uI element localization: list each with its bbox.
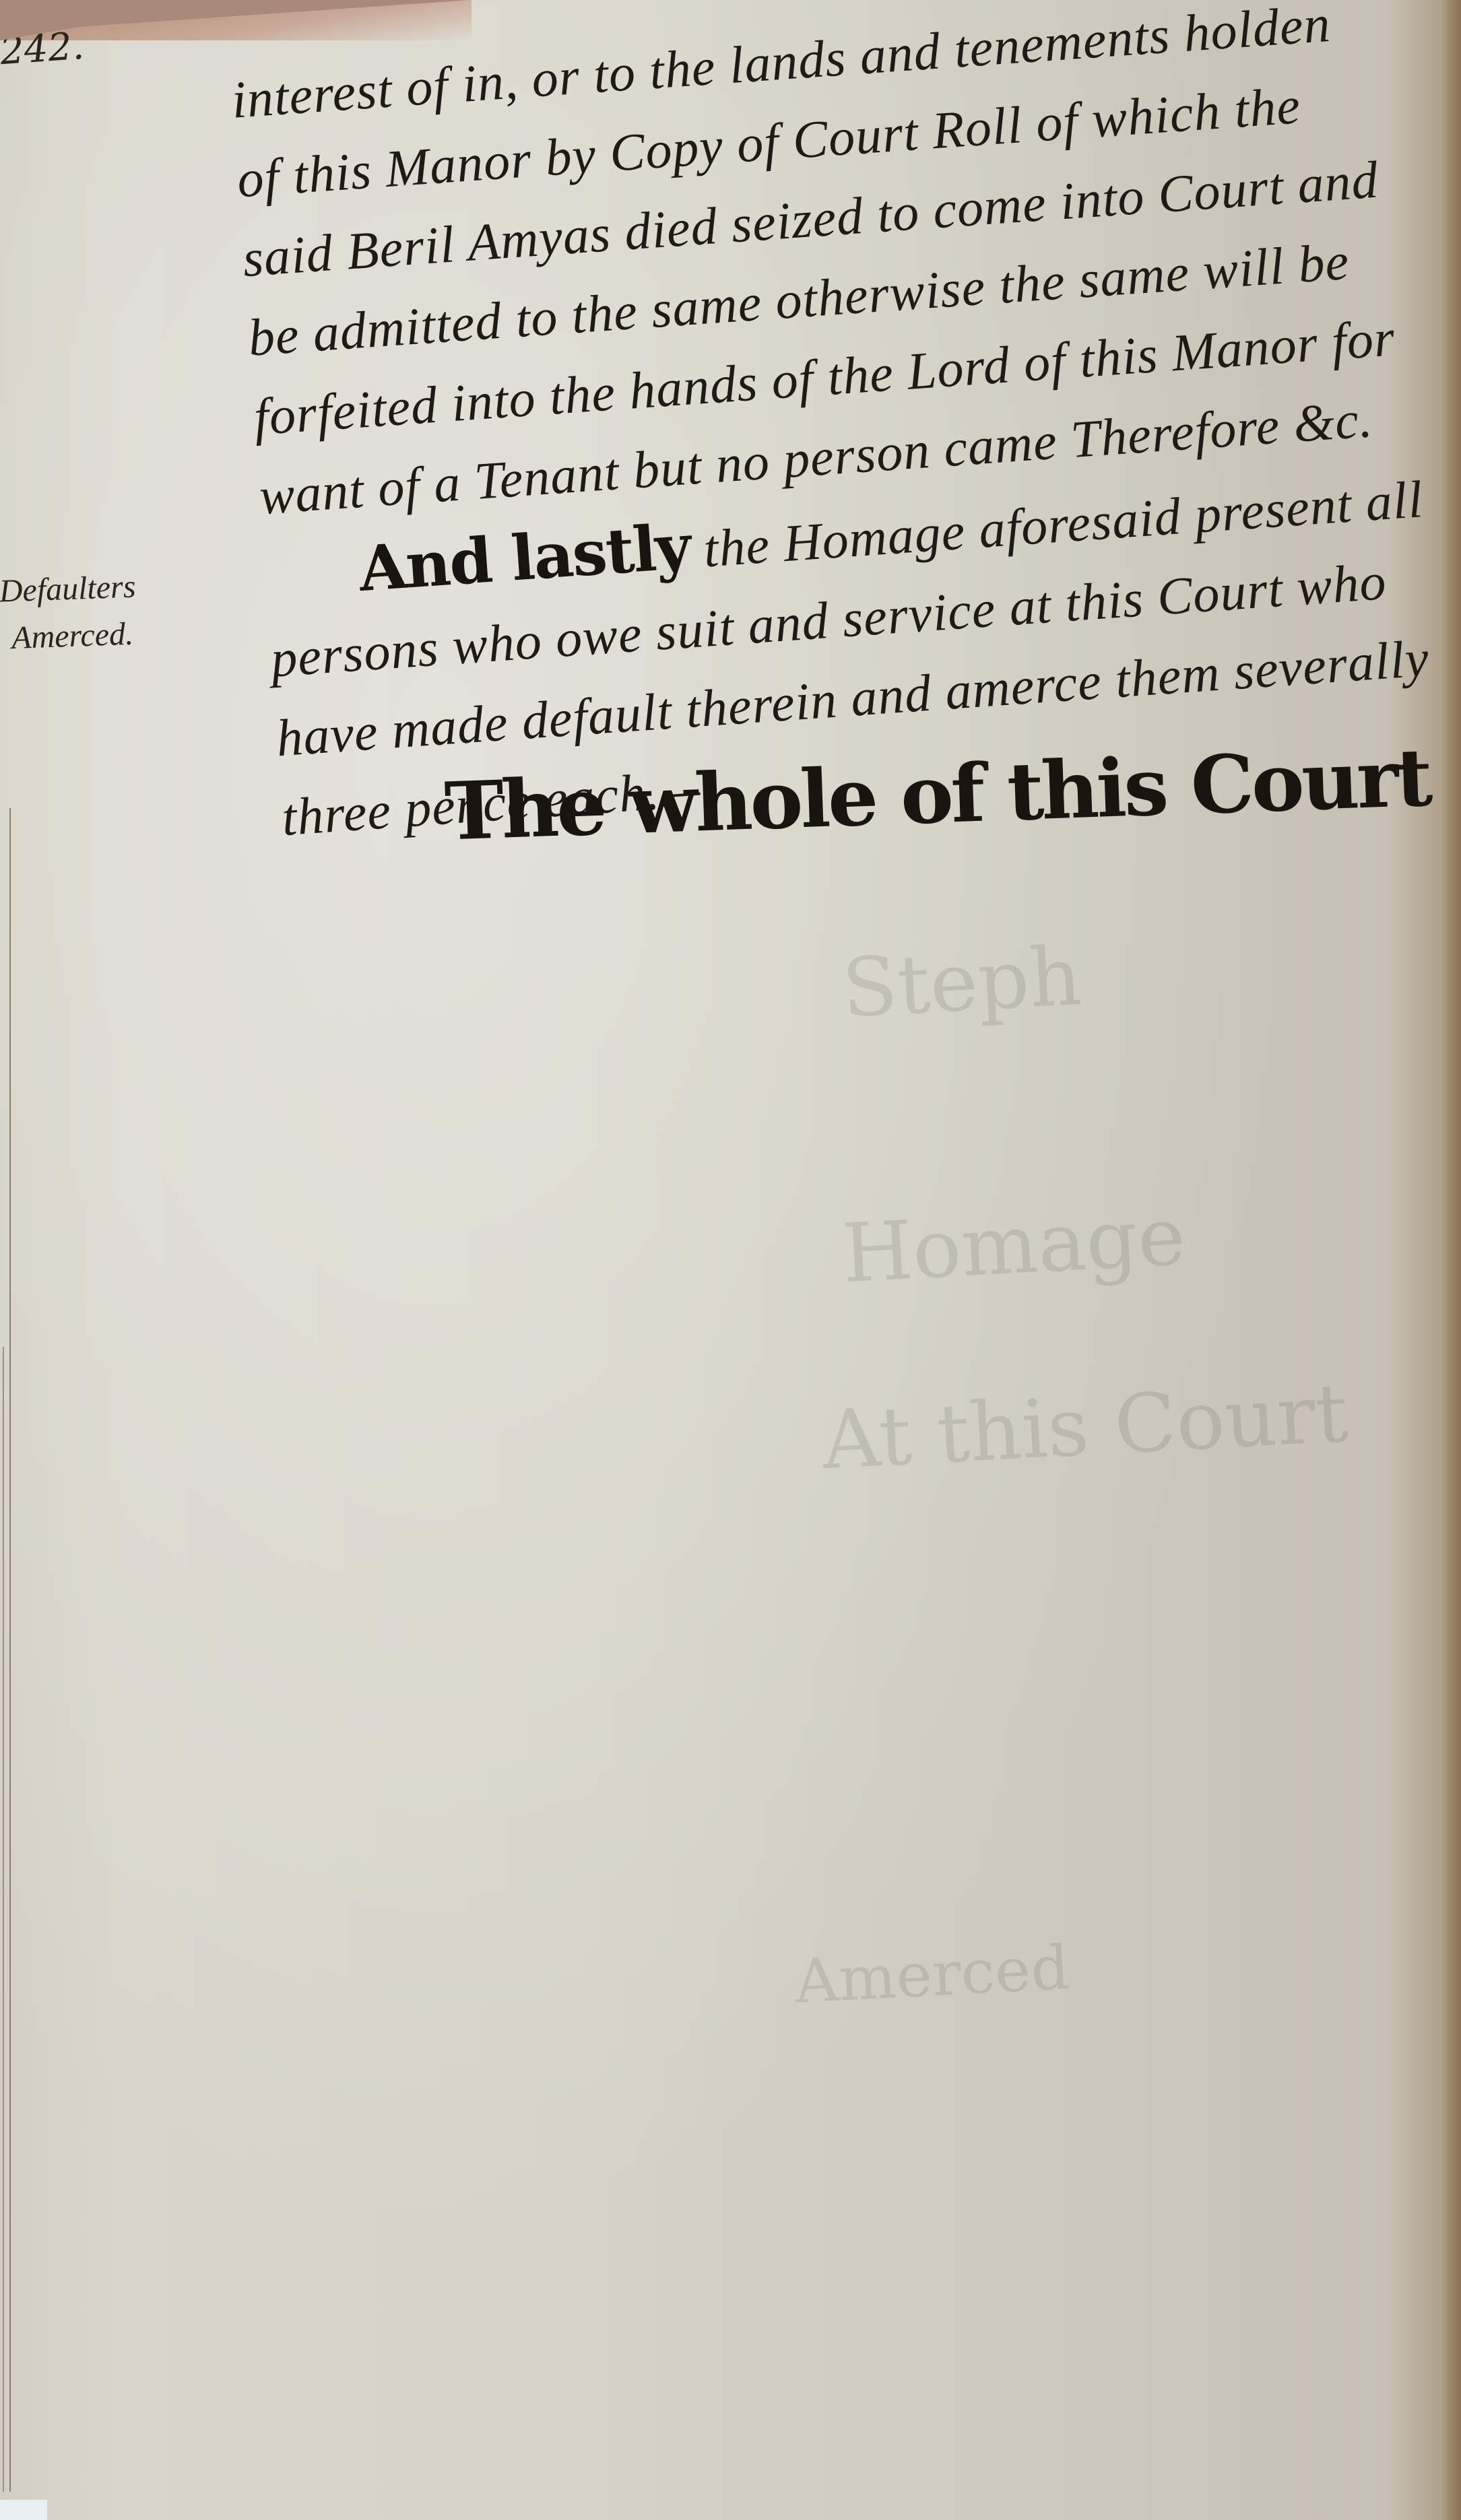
manuscript-page: Steph Homage At this Court Amerced 242. … (0, 0, 1461, 2520)
bleed-through-text: Amerced (793, 1932, 1072, 2017)
bleed-through-text: At this Court (820, 1367, 1351, 1488)
bleed-through-text: Homage (840, 1190, 1188, 1302)
body-text: interest of in, or to the lands and tene… (229, 0, 1461, 857)
bleed-through-text: Steph (840, 930, 1084, 1036)
margin-note-line: Amerced. (0, 610, 138, 662)
margin-note-line: Defaulters (0, 564, 137, 616)
page-edge-line-2 (3, 1347, 4, 2492)
page-number: 242. (0, 24, 86, 74)
background-corner (0, 2500, 47, 2520)
margin-note: Defaulters Amerced. (0, 564, 138, 663)
page-edge-line (9, 808, 11, 2492)
